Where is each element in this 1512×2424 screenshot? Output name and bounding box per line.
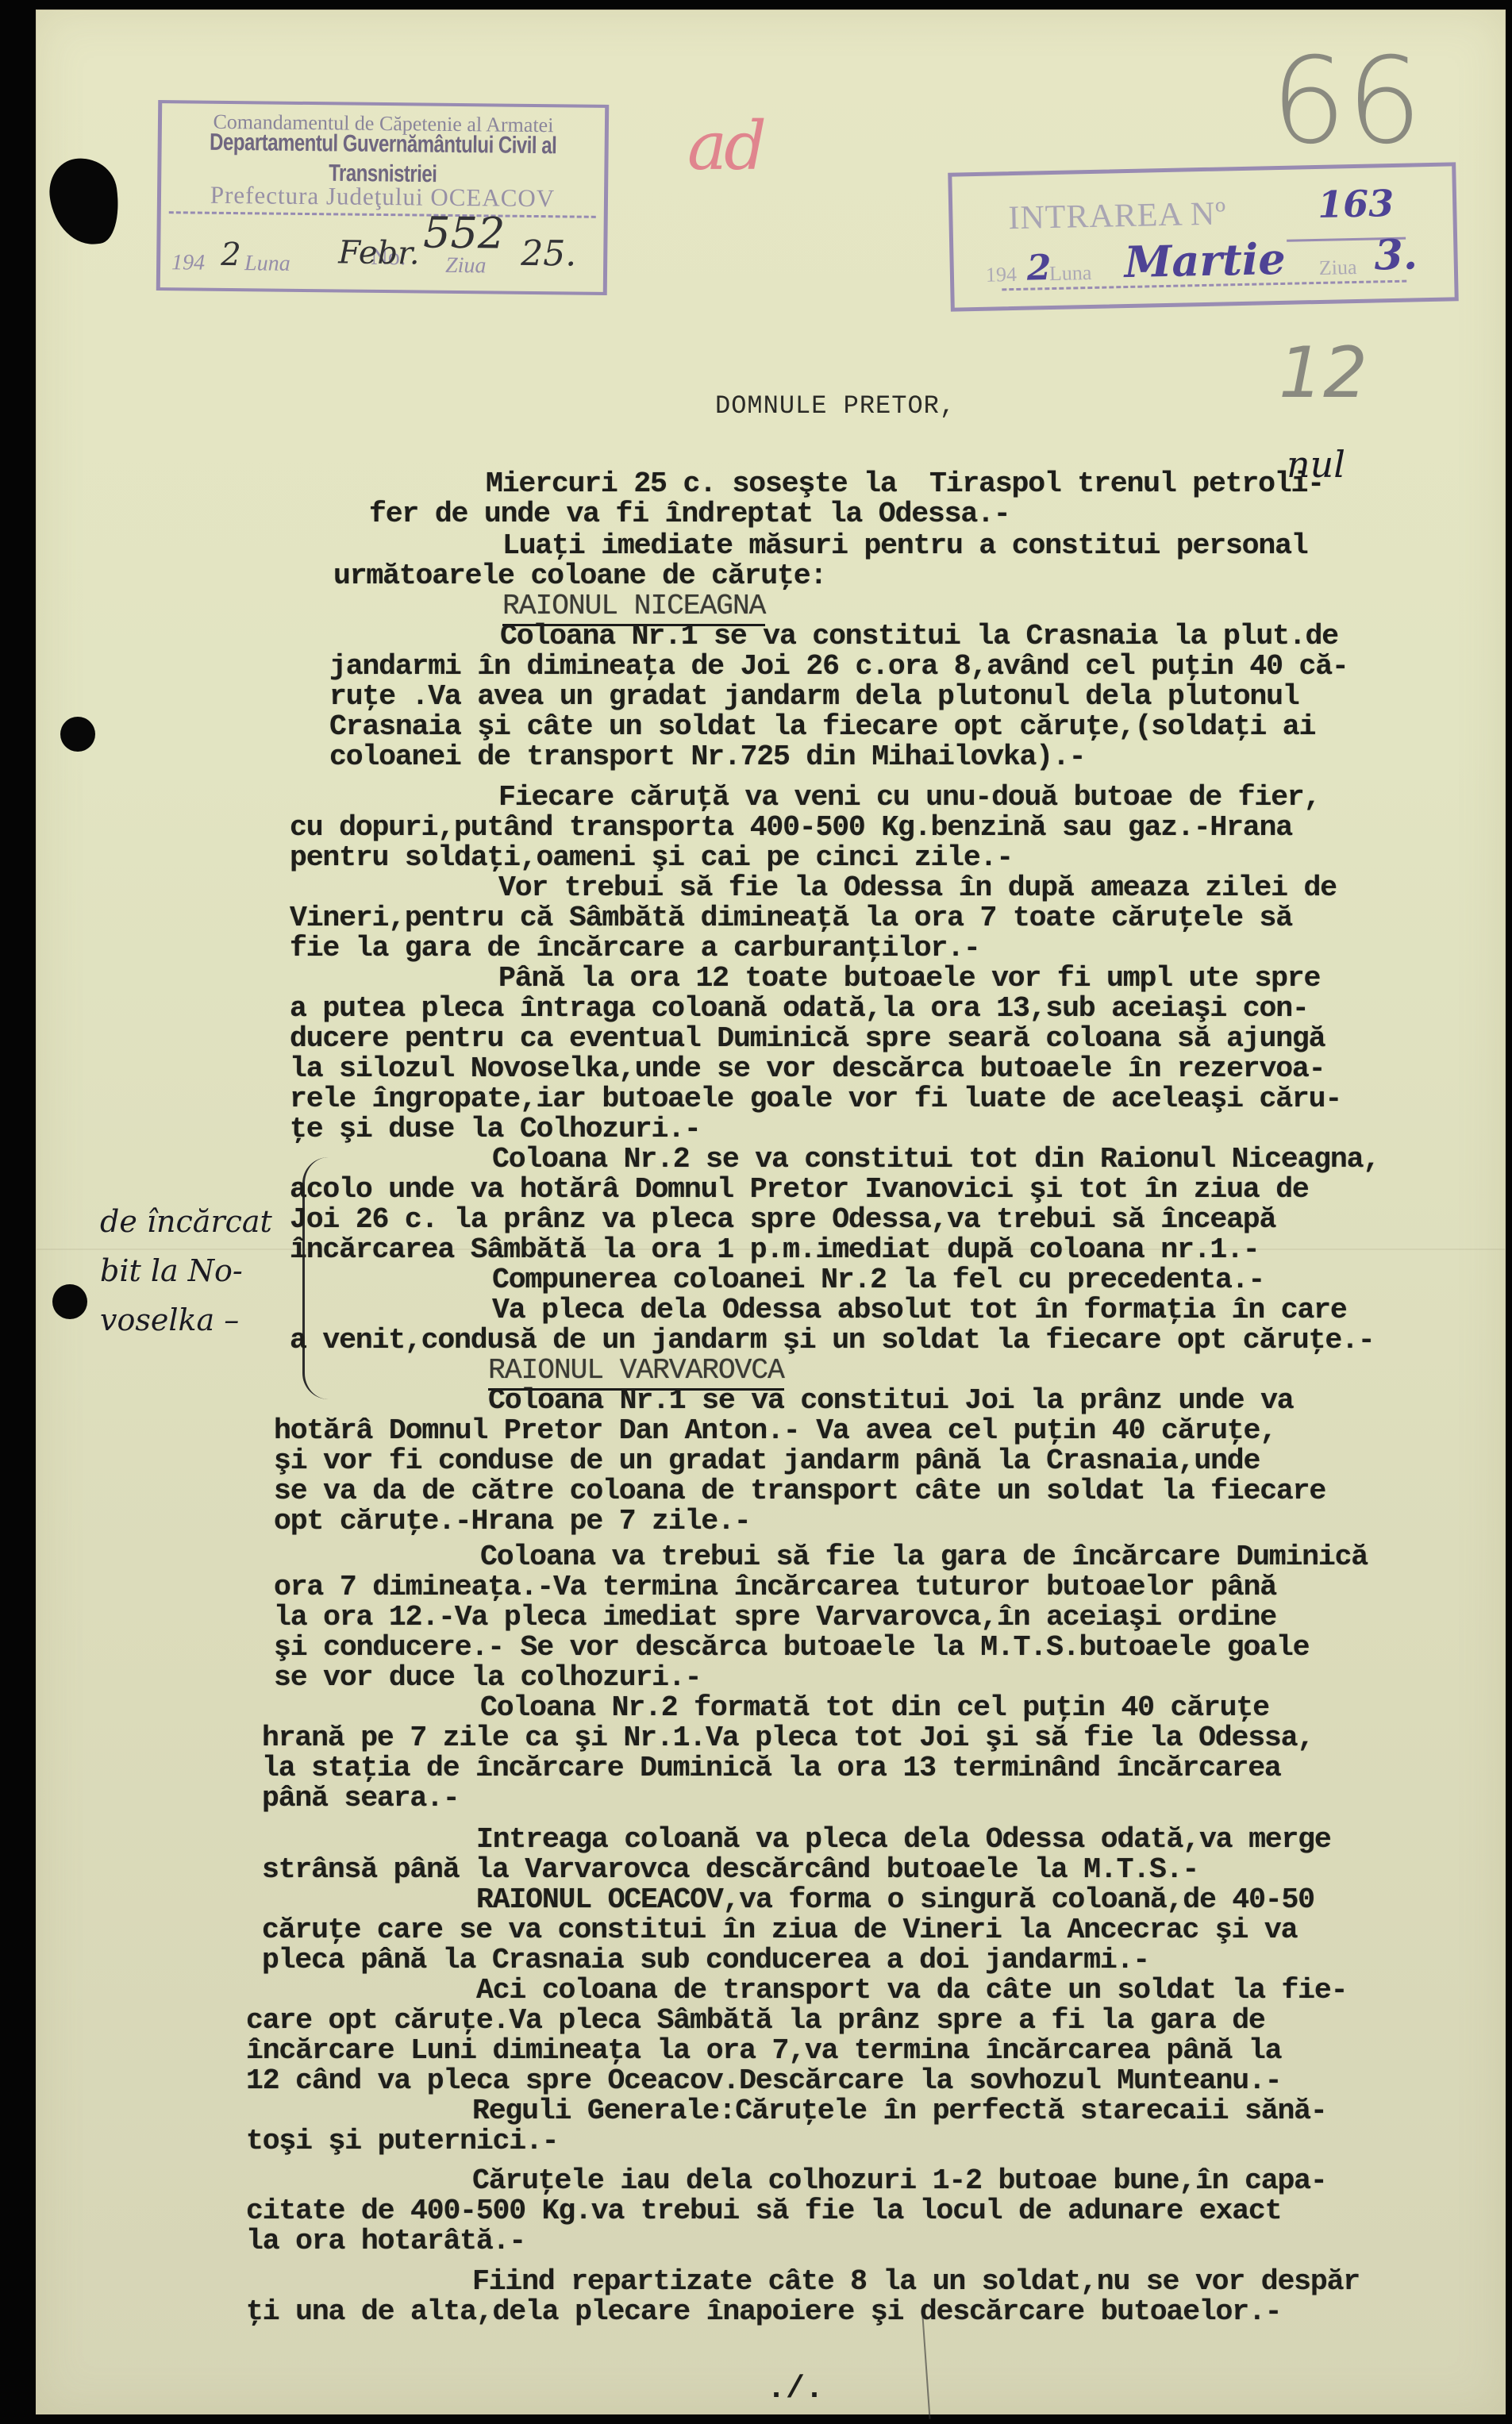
text-line: citate de 400-500 Kg.va trebui să fie la… [246,2195,1281,2227]
text-line: încărcare Luni dimineaţa la ora 7,va ter… [246,2035,1281,2067]
section-heading-varvarovca: RAIONUL VARVAROVCA [488,1355,784,1387]
text-line: acolo unde va hotărâ Domnul Pretor Ivano… [290,1174,1309,1206]
text-line: Intreaga coloană va pleca dela Odessa od… [476,1824,1331,1856]
text-line: căruţe care se va constitui în ziua de V… [262,1914,1297,1946]
text-line: Până la ora 12 toate butoaele vor fi ump… [498,963,1320,995]
text-line: până seara.- [262,1783,459,1814]
text-line: care opt căruţe.Va pleca Sâmbătă la prân… [246,2005,1265,2037]
text-line: strânsă până la Varvarovca descărcând bu… [262,1854,1198,1886]
text-line: Va pleca dela Odessa absolut tot în form… [492,1295,1347,1326]
text-line: opt căruţe.-Hrana pe 7 zile.- [274,1506,750,1537]
text-line: cu dopuri,putând transporta 400-500 Kg.b… [290,812,1292,844]
text-line: şi vor fi conduse de un gradat jandarm p… [274,1445,1260,1477]
text-line: Vor trebui să fie la Odessa în după amea… [498,872,1337,904]
text-line: Căruţele iau dela colhozuri 1-2 butoae b… [472,2165,1327,2197]
section-heading-niceagna: RAIONUL NICEAGNA [502,591,765,622]
text-line: Aci coloana de transport va da câte un s… [476,1975,1347,2007]
text-line: toşi şi puternici.- [246,2126,558,2157]
text-line: se vor duce la colhozuri.- [274,1662,701,1694]
text-line: Coloana Nr.2 se va constitui tot din Rai… [492,1144,1379,1175]
text-line: Luaţi imediate măsuri pentru a constitui… [502,530,1307,562]
text-line: 12 când va pleca spre Oceacov.Descărcare… [246,2065,1281,2097]
text-line: Coloana Nr.2 formată tot din cel puţin 4… [480,1692,1269,1724]
text-line: rele îngropate,iar butoaele goale vor fi… [290,1083,1341,1115]
text-line: RAIONUL OCEACOV,va forma o singură coloa… [476,1884,1314,1916]
text-line: Vineri,pentru că Sâmbătă dimineaţă la or… [290,902,1292,934]
text-line: a putea pleca întraga coloană odată,la o… [290,993,1309,1025]
text-line: jandarmi în dimineaţa de Joi 26 c.ora 8,… [329,651,1348,683]
text-line: la ora 12.-Va pleca imediat spre Varvaro… [274,1602,1276,1633]
text-line: şi conducere.- Se vor descărca butoaele … [274,1632,1309,1664]
text-line: fie la gara de încărcare a carburanţilor… [290,933,980,964]
text-line: la staţia de încărcare Duminică la ora 1… [262,1753,1281,1784]
text-line: hrană pe 7 zile ca şi Nr.1.Va pleca tot … [262,1722,1314,1754]
text-line: Fiecare căruţă va veni cu unu-două butoa… [498,782,1320,814]
text-line: Joi 26 c. la prânz va pleca spre Odessa,… [290,1204,1275,1236]
text-line: la ora hotarâtă.- [246,2226,525,2257]
text-line: Miercuri 25 c. soseşte la Tiraspol trenu… [486,468,1324,500]
text-line: a venit,condusă de un jandarm şi un sold… [290,1325,1374,1356]
text-line: ora 7 dimineaţa.-Va termina încărcarea t… [274,1572,1276,1603]
text-line: ruţe .Va avea un gradat jandarm dela plu… [329,681,1299,713]
text-line: coloanei de transport Nr.725 din Mihailo… [329,741,1085,773]
text-line: Coloana Nr.1 se va constitui la Crasnaia… [500,621,1338,652]
text-line: următoarele coloane de căruţe: [333,560,826,592]
text-line: Crasnaia şi câte un soldat la fiecare op… [329,711,1315,743]
text-line: la silozul Novoselka,unde se vor descărc… [290,1053,1325,1085]
text-line: Coloana va trebui să fie la gara de încă… [480,1541,1368,1573]
text-line: ţe şi duse la Colhozuri.- [290,1114,701,1145]
text-line: pleca până la Crasnaia sub conducerea a … [262,1945,1149,1976]
text-line: Compunerea coloanei Nr.2 la fel cu prece… [492,1264,1264,1296]
text-line: se va da de către coloana de transport c… [274,1476,1325,1507]
letter-body: Miercuri 25 c. soseşte la Tiraspol trenu… [0,0,1512,2424]
text-line: încărcarea Sâmbătă la ora 1 p.m.imediat … [290,1234,1260,1266]
text-line: Coloana Nr.1 se va constitui Joi la prân… [488,1385,1293,1417]
text-line: pentru soldaţi,oameni şi cai pe cinci zi… [290,842,1013,874]
text-line: Fiind repartizate câte 8 la un soldat,nu… [472,2266,1360,2298]
text-line: hotărâ Domnul Pretor Dan Anton.- Va avea… [274,1415,1276,1447]
text-line: ducere pentru ca eventual Duminică spre … [290,1023,1325,1055]
text-line: ţi una de alta,dela plecare înapoiere şi… [246,2296,1281,2328]
text-line: Reguli Generale:Căruţele în perfectă sta… [472,2095,1327,2127]
text-line: fer de unde va fi îndreptat la Odessa.- [369,498,1010,530]
